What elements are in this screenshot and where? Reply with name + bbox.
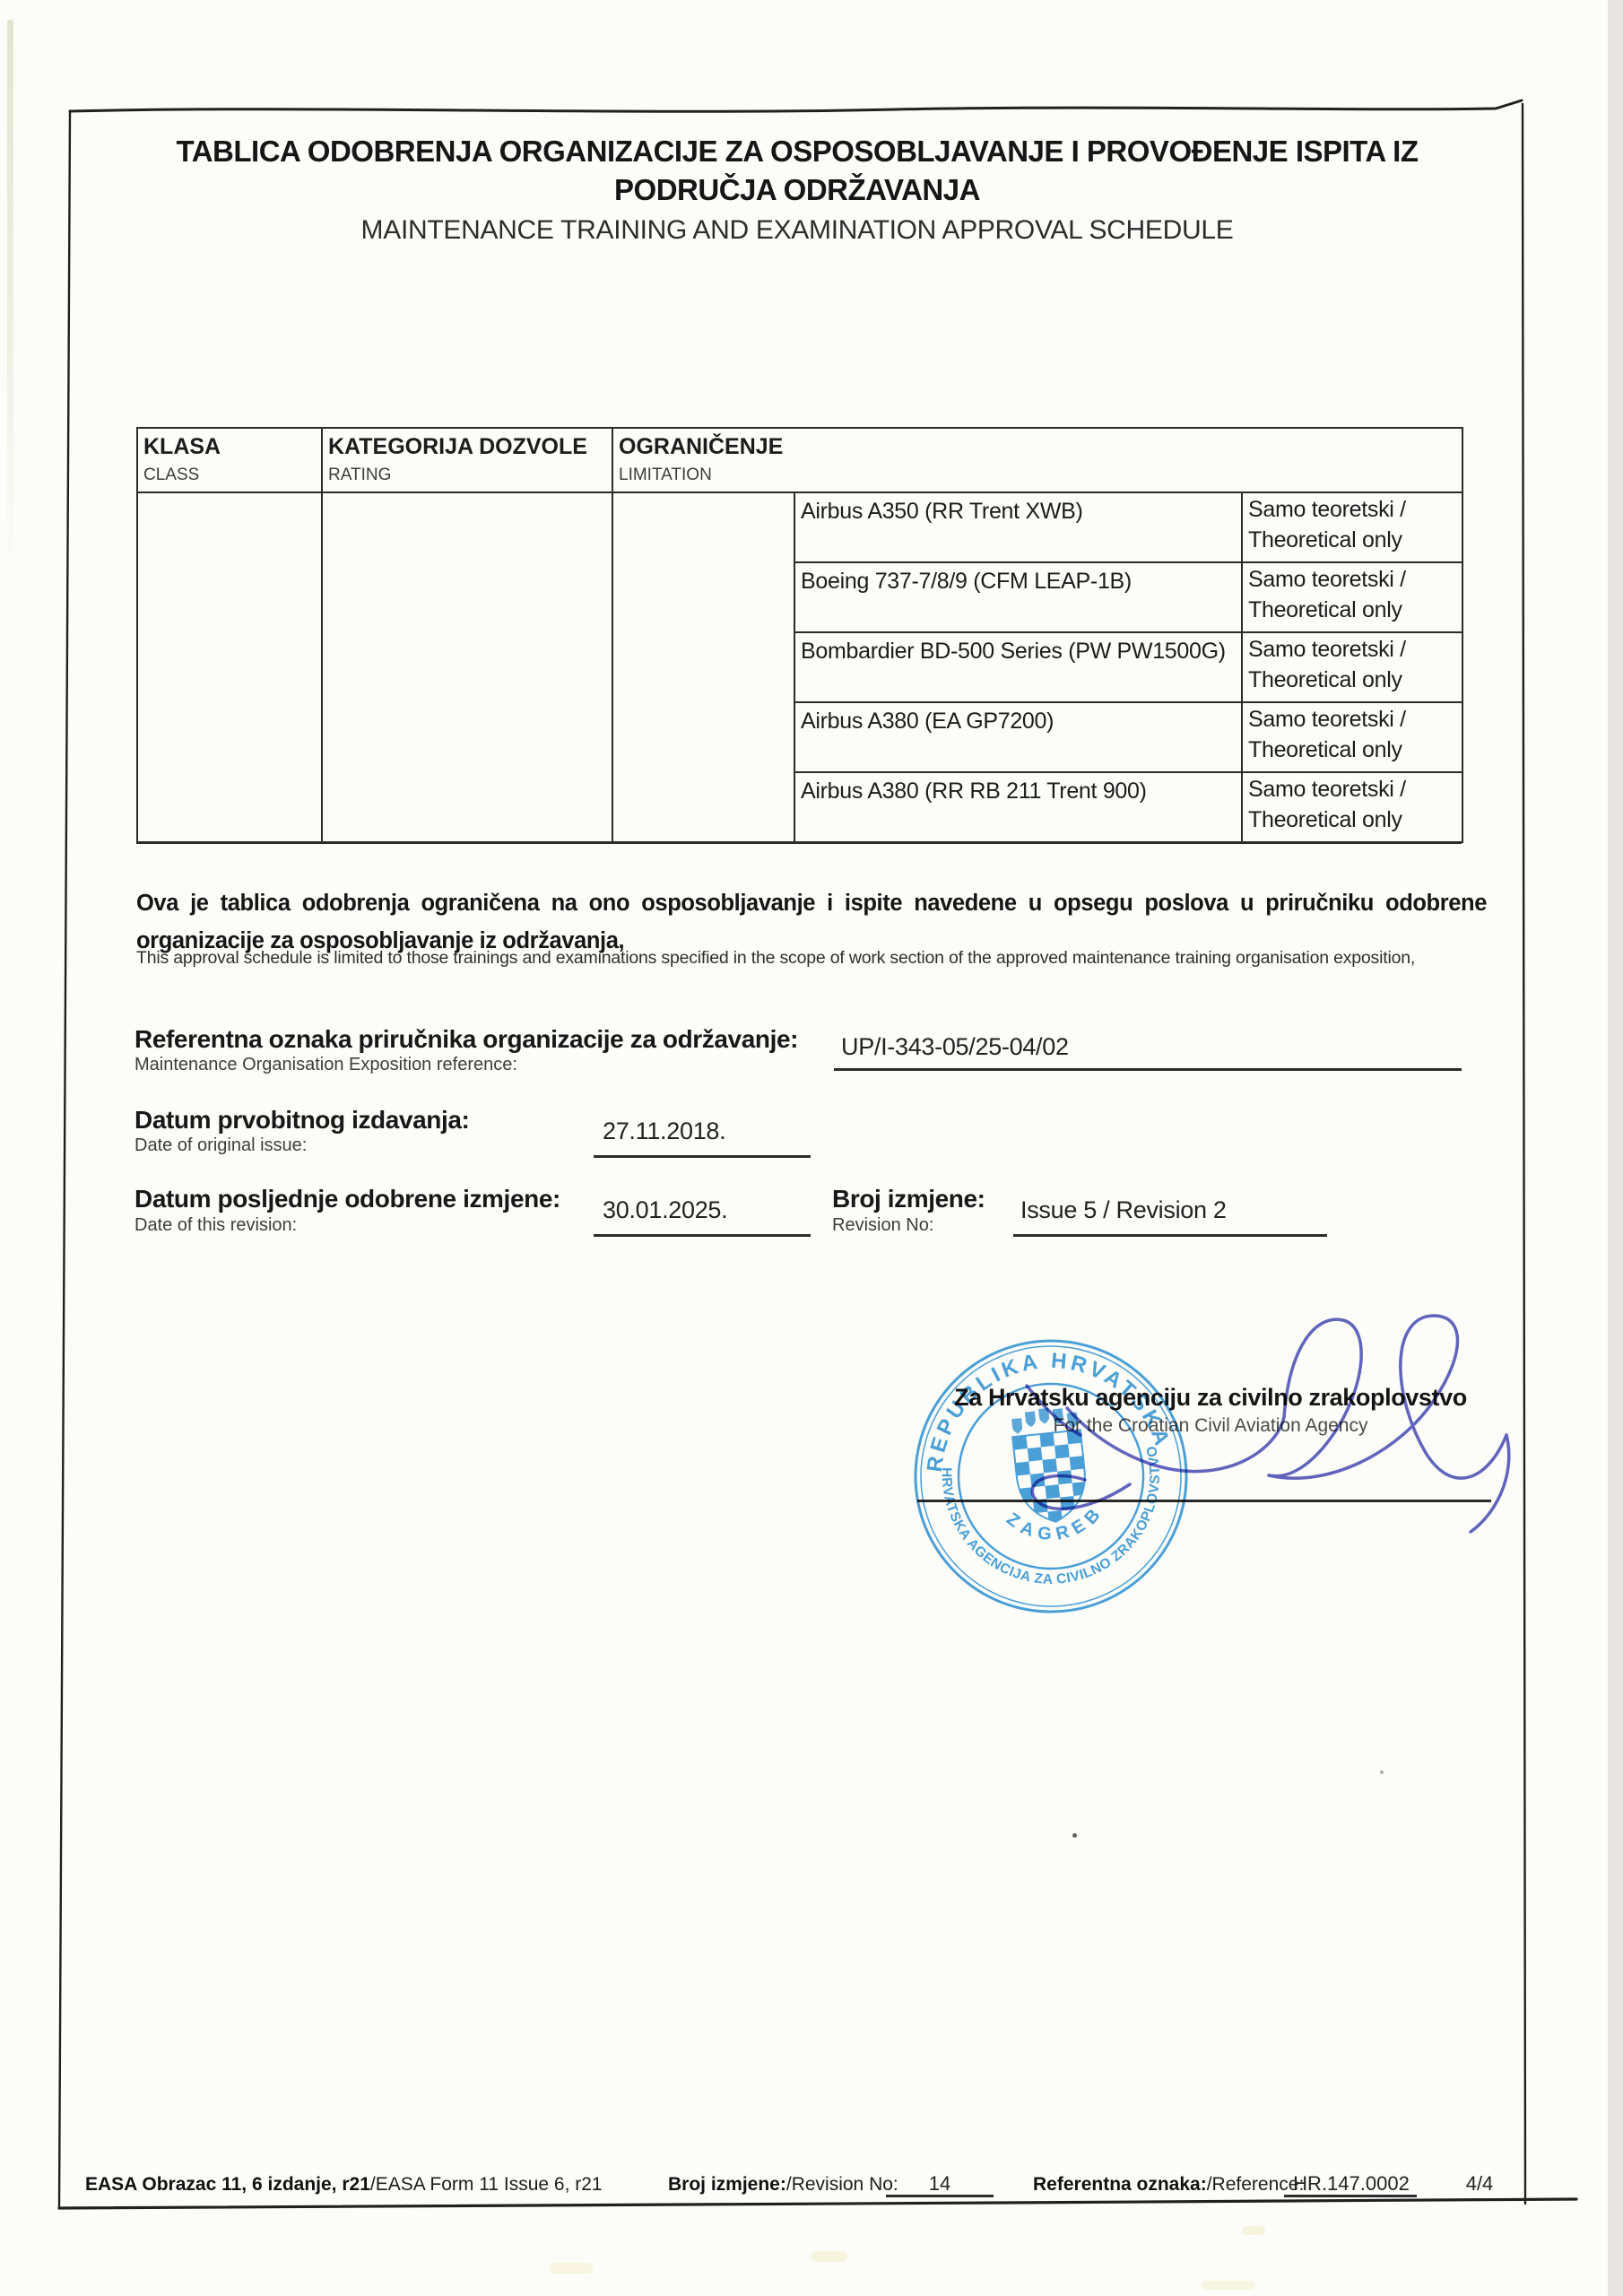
table-row-aircraft: Airbus A380 (RR RB 211 Trent 900) — [801, 778, 1147, 804]
field-revision-no-label-hr: Broj izmjene: — [832, 1185, 985, 1213]
table-grid-line — [1241, 491, 1243, 843]
scan-smudge — [549, 2263, 594, 2274]
field-revision-no-label-en: Revision No: — [832, 1215, 933, 1236]
footer-page-number: 4/4 — [1453, 2172, 1506, 2196]
table-row-limitation-hr: Samo teoretski / — [1248, 777, 1406, 803]
footer-revision-label-hr: Broj izmjene: — [668, 2174, 786, 2195]
table-grid-line — [136, 841, 1462, 844]
table-row-limitation-en: Theoretical only — [1248, 807, 1402, 833]
footer-form-id-en: /EASA Form 11 Issue 6, r21 — [370, 2174, 603, 2195]
field-reference-value: UP/I-343-05/25-04/02 — [841, 1033, 1069, 1061]
field-original-issue-label-en: Date of original issue: — [135, 1135, 307, 1156]
field-revision-date-underline — [594, 1234, 811, 1237]
footer-revision-label-en: /Revision No: — [786, 2174, 898, 2195]
field-revision-no-value: Issue 5 / Revision 2 — [1020, 1196, 1227, 1224]
col-header-rating: RATING — [328, 465, 391, 485]
table-grid-line — [794, 561, 1462, 563]
table-row-limitation-en: Theoretical only — [1248, 597, 1402, 623]
table-row-limitation-hr: Samo teoretski / — [1248, 707, 1406, 733]
scope-note-en: This approval schedule is limited to tho… — [136, 948, 1415, 969]
field-reference-label-en: Maintenance Organisation Exposition refe… — [135, 1055, 517, 1075]
table-row-limitation-en: Theoretical only — [1248, 527, 1402, 553]
field-revision-no-underline — [1013, 1234, 1327, 1237]
footer-reference-label-hr: Referentna oznaka: — [1033, 2174, 1207, 2195]
field-reference-label-hr: Referentna oznaka priručnika organizacij… — [135, 1025, 798, 1054]
col-header-class: CLASS — [143, 465, 199, 485]
table-row-limitation-hr: Samo teoretski / — [1248, 497, 1406, 523]
document-title-hr-line1: TABLICA ODOBRENJA ORGANIZACIJE ZA OSPOSO… — [80, 135, 1515, 169]
handwritten-signature — [897, 1283, 1542, 1552]
table-grid-line — [794, 701, 1462, 703]
table-grid-line — [794, 491, 795, 843]
field-original-issue-label-hr: Datum prvobitnog izdavanja: — [135, 1106, 469, 1135]
table-grid-line — [794, 631, 1462, 633]
table-grid-line — [136, 491, 1462, 493]
field-revision-date-label-en: Date of this revision: — [135, 1215, 297, 1236]
table-row-aircraft: Airbus A380 (EA GP7200) — [801, 709, 1054, 735]
table-grid-line — [321, 427, 323, 843]
footer-revision-underline — [886, 2195, 994, 2197]
scan-speck — [1072, 1833, 1077, 1838]
table-grid-line — [1462, 427, 1463, 843]
table-row-aircraft: Bombardier BD-500 Series (PW PW1500G) — [801, 639, 1226, 665]
table-row-limitation-en: Theoretical only — [1248, 667, 1402, 693]
field-revision-date-value: 30.01.2025. — [603, 1196, 727, 1224]
table-grid-line — [794, 771, 1462, 773]
document-title-en: MAINTENANCE TRAINING AND EXAMINATION APP… — [80, 215, 1515, 246]
col-header-ogranicenje: OGRANIČENJE — [619, 434, 783, 460]
scan-smudge — [1202, 2281, 1255, 2290]
footer-revision-value: 14 — [886, 2172, 994, 2196]
table-row-aircraft: Boeing 737-7/8/9 (CFM LEAP-1B) — [801, 569, 1132, 595]
scan-smudge — [1242, 2226, 1265, 2235]
footer-reference-value: HR.147.0002 — [1284, 2172, 1419, 2196]
scan-speck — [1380, 1770, 1384, 1774]
col-header-limitation: LIMITATION — [619, 465, 712, 485]
footer-reference-underline — [1284, 2195, 1417, 2197]
field-reference-underline — [834, 1068, 1462, 1071]
footer-reference-label: Referentna oznaka:/Reference: — [1033, 2174, 1304, 2196]
scan-smudge — [811, 2251, 847, 2262]
footer-form-id-hr: EASA Obrazac 11, 6 izdanje, r21 — [85, 2174, 370, 2195]
field-original-issue-underline — [594, 1155, 811, 1158]
footer-revision-label: Broj izmjene:/Revision No: — [668, 2174, 898, 2196]
table-grid-line — [612, 427, 613, 843]
col-header-kategorija: KATEGORIJA DOZVOLE — [328, 434, 587, 460]
table-grid-line — [136, 427, 1462, 429]
footer-form-id: EASA Obrazac 11, 6 izdanje, r21/EASA For… — [85, 2174, 603, 2196]
col-header-klasa: KLASA — [143, 434, 221, 460]
table-row-aircraft: Airbus A350 (RR Trent XWB) — [801, 499, 1083, 525]
field-original-issue-value: 27.11.2018. — [603, 1118, 725, 1145]
field-revision-date-label-hr: Datum posljednje odobrene izmjene: — [135, 1185, 560, 1213]
table-grid-line — [136, 427, 138, 843]
document-page: TABLICA ODOBRENJA ORGANIZACIJE ZA OSPOSO… — [0, 0, 1623, 2296]
table-row-limitation-en: Theoretical only — [1248, 737, 1402, 763]
table-row-limitation-hr: Samo teoretski / — [1248, 567, 1406, 593]
document-title-hr-line2: PODRUČJA ODRŽAVANJA — [80, 173, 1515, 207]
table-row-limitation-hr: Samo teoretski / — [1248, 637, 1406, 663]
